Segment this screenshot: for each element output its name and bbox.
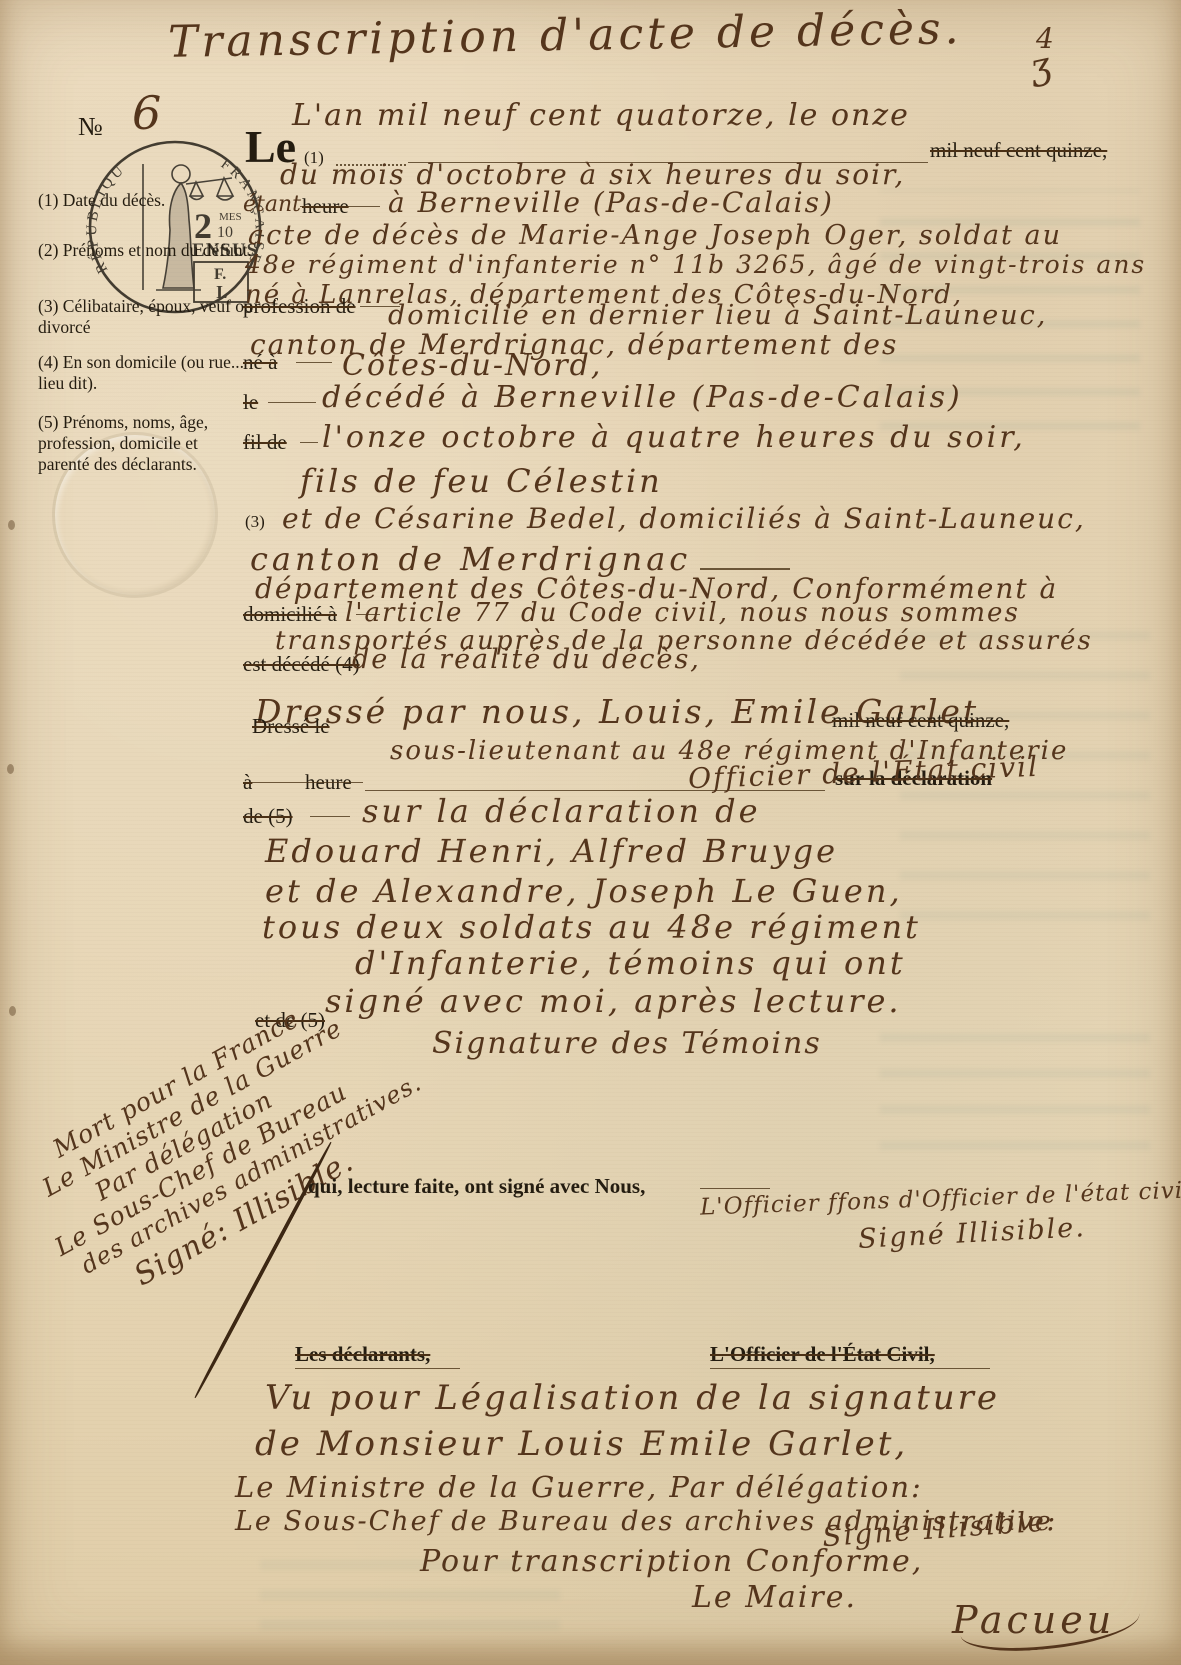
- footnote-4: (4) En son domicile (ou rue... lieu dit)…: [38, 352, 253, 394]
- hw-deceased-place: décédé à Berneville (Pas-de-Calais): [322, 380, 963, 415]
- footnote-1: (1) Date du décès.: [38, 190, 253, 211]
- strike-rule: [295, 1368, 460, 1369]
- printed-dresse-struck: Dressé le: [252, 714, 330, 739]
- punch-hole: [7, 764, 14, 774]
- stamp-value-sup: MES: [219, 211, 242, 223]
- hw-article77-line: l'article 77 du Code civil, nous nous so…: [345, 598, 1020, 628]
- printed-year2-struck: mil neuf cent quinze,: [832, 708, 1009, 733]
- hw-signature-temoins-heading: Signature des Témoins: [432, 1026, 822, 1061]
- footnote-3: (3) Célibataire, époux, veuf ou divorcé: [38, 296, 253, 338]
- hw-cotes-du-nord: Côtes-du-Nord,: [342, 348, 602, 383]
- bleedthrough-shade: [880, 1030, 1150, 1150]
- hw-realite-line: de la réalité du décès,: [352, 644, 701, 675]
- hw-regiment-line: 48e régiment d'infanterie n° 11b 3265, â…: [245, 250, 1146, 279]
- strike-rule: [296, 362, 332, 363]
- hw-place-line: à Berneville (Pas-de-Calais): [388, 186, 834, 219]
- margin-annotation-mort-pour-la-france: Mort pour la France Le Ministre de la Gu…: [0, 948, 480, 1331]
- strike-rule: [710, 1368, 990, 1369]
- hw-officer-function: L'Officier ffons d'Officier de l'état ci…: [700, 1177, 1181, 1220]
- strike-rule: [268, 402, 316, 403]
- page-title: Transcription d'acte de décès.: [168, 3, 963, 68]
- strike-rule: [310, 816, 350, 817]
- hw-sur-declaration-de: sur la déclaration de: [362, 792, 761, 830]
- printed-qui-lecture: qui, lecture faite, ont signé avec Nous,: [308, 1174, 645, 1199]
- printed-officier-label-struck: L'Officier de l'État Civil,: [710, 1342, 935, 1367]
- hw-mother-line: et de Césarine Bedel, domiciliés à Saint…: [282, 502, 1086, 535]
- hw-soldats-line: tous deux soldats au 48e régiment: [262, 908, 921, 946]
- printed-ne-a-struck: né à: [243, 350, 277, 375]
- hw-act-line: acte de décès de Marie-Ange Joseph Oger,…: [248, 220, 1062, 251]
- punch-hole: [9, 1006, 16, 1016]
- hw-legalization-3: Le Ministre de la Guerre, Par délégation…: [235, 1470, 923, 1504]
- printed-etant: étant: [243, 192, 301, 217]
- printed-les-declarants-struck: Les déclarants,: [295, 1342, 430, 1367]
- printed-de-ref5-struck: de (5): [243, 804, 293, 829]
- stamp-box-top: F.: [214, 266, 226, 283]
- hw-dash: [700, 568, 790, 570]
- printed-domicilie-struck: domicilié à: [243, 602, 337, 627]
- printed-year-struck: mil neuf cent quinze,: [930, 138, 1107, 163]
- revenue-stamp: RÉPUBLIQUE FRANÇAISE 2 MES 10 ENSUS F. I…: [86, 138, 264, 316]
- hw-transcription-conforme: Pour transcription Conforme,: [420, 1544, 923, 1579]
- printed-fil-de-struck: fil de: [243, 430, 287, 455]
- hw-officer-signed: Signé Illisible.: [857, 1212, 1086, 1255]
- hw-legalization-2: de Monsieur Louis Emile Garlet,: [255, 1424, 908, 1464]
- strike-rule: [243, 782, 363, 783]
- hw-witness-2: et de Alexandre, Joseph Le Guen,: [265, 872, 903, 910]
- hw-mayor-label: Le Maire.: [692, 1580, 857, 1615]
- form-rule: [700, 1188, 770, 1189]
- hw-legalization-1: Vu pour Légalisation de la signature: [265, 1378, 1000, 1418]
- record-number-value: 6: [132, 86, 163, 140]
- footnote-5: (5) Prénoms, noms, âge, profession, domi…: [38, 412, 253, 475]
- footnote-2: (2) Prénoms et nom du défunt.: [38, 240, 253, 261]
- stamp-value-sub: 10: [217, 224, 233, 241]
- hw-death-date: l'onze octobre à quatre heures du soir,: [322, 420, 1026, 455]
- hw-year-line: L'an mil neuf cent quatorze, le onze: [292, 98, 910, 133]
- death-act-transcription-page: Transcription d'acte de décès. 4 ʒ № 6 R…: [0, 0, 1181, 1665]
- hw-father-line: fils de feu Célestin: [300, 462, 663, 500]
- printed-profession-struck: profession de: [243, 294, 356, 319]
- hw-witness-1: Edouard Henri, Alfred Bruyge: [265, 832, 838, 870]
- strike-rule: [300, 442, 318, 443]
- punch-hole: [8, 520, 15, 530]
- strike-rule: [300, 206, 380, 207]
- printed-ref3: (3): [245, 512, 265, 532]
- hw-temoins-line: d'Infanterie, témoins qui ont: [355, 944, 906, 982]
- printed-le2-struck: le: [243, 390, 258, 415]
- printed-est-decede-struck: est décédé (4): [243, 652, 360, 677]
- hw-domicile-line: domicilié en dernier lieu à Saint-Launeu…: [388, 300, 1047, 331]
